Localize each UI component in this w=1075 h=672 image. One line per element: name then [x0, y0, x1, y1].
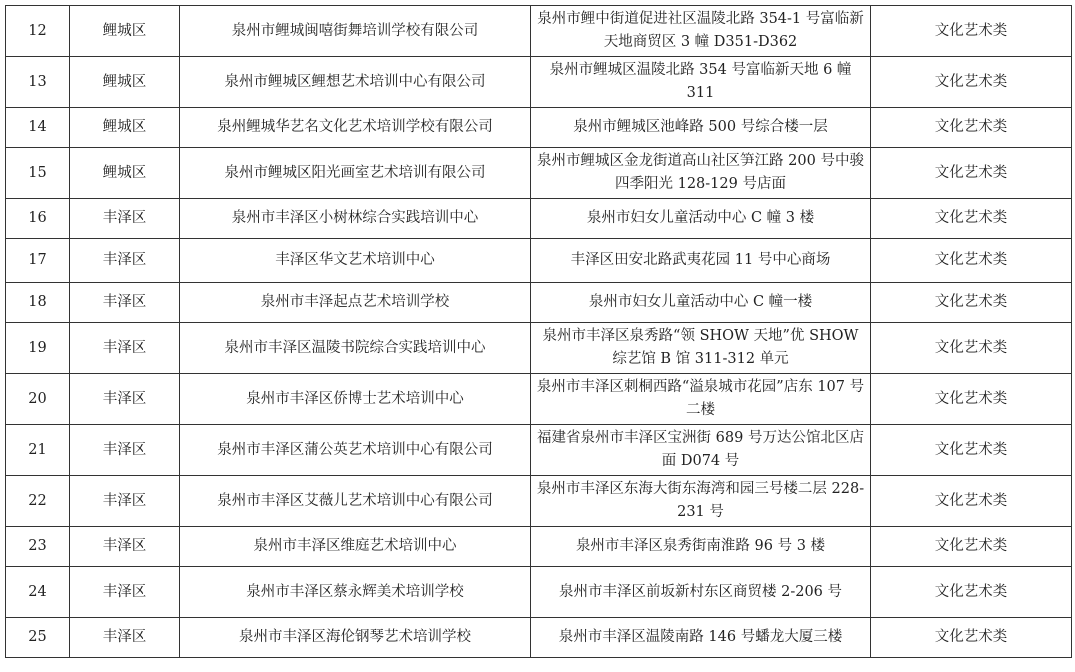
cell-address: 泉州市妇女儿童活动中心 C 幢一楼 [531, 283, 871, 323]
cell-address: 福建省泉州市丰泽区宝洲街 689 号万达公馆北区店面 D074 号 [531, 425, 871, 476]
cell-institution-name: 泉州市丰泽起点艺术培训学校 [180, 283, 531, 323]
cell-institution-name: 丰泽区华文艺术培训中心 [180, 239, 531, 283]
cell-category: 文化艺术类 [871, 283, 1072, 323]
cell-category: 文化艺术类 [871, 6, 1072, 57]
cell-category: 文化艺术类 [871, 527, 1072, 567]
table-row: 24 丰泽区 泉州市丰泽区蔡永辉美术培训学校 泉州市丰泽区前坂新村东区商贸楼 2… [6, 567, 1072, 618]
cell-institution-name: 泉州市鲤城闽嘻街舞培训学校有限公司 [180, 6, 531, 57]
cell-institution-name: 泉州市丰泽区艾薇儿艺术培训中心有限公司 [180, 476, 531, 527]
cell-address: 泉州市鲤城区温陵北路 354 号富临新天地 6 幢 311 [531, 57, 871, 108]
cell-district: 鲤城区 [70, 148, 180, 199]
cell-category: 文化艺术类 [871, 148, 1072, 199]
cell-number: 13 [6, 57, 70, 108]
cell-category: 文化艺术类 [871, 476, 1072, 527]
table-row: 17 丰泽区 丰泽区华文艺术培训中心 丰泽区田安北路武夷花园 11 号中心商场 … [6, 239, 1072, 283]
cell-institution-name: 泉州市丰泽区维庭艺术培训中心 [180, 527, 531, 567]
cell-institution-name: 泉州市丰泽区温陵书院综合实践培训中心 [180, 323, 531, 374]
cell-number: 15 [6, 148, 70, 199]
cell-institution-name: 泉州市鲤城区阳光画室艺术培训有限公司 [180, 148, 531, 199]
cell-address: 泉州市丰泽区泉秀路“领 SHOW 天地”优 SHOW 综艺馆 B 馆 311-3… [531, 323, 871, 374]
cell-address: 泉州市丰泽区前坂新村东区商贸楼 2-206 号 [531, 567, 871, 618]
cell-institution-name: 泉州市丰泽区蔡永辉美术培训学校 [180, 567, 531, 618]
cell-number: 25 [6, 618, 70, 658]
cell-address: 泉州市鲤中街道促进社区温陵北路 354-1 号富临新天地商贸区 3 幢 D351… [531, 6, 871, 57]
cell-district: 丰泽区 [70, 323, 180, 374]
cell-district: 鲤城区 [70, 6, 180, 57]
cell-number: 19 [6, 323, 70, 374]
cell-category: 文化艺术类 [871, 618, 1072, 658]
cell-address: 泉州市鲤城区金龙街道高山社区笋江路 200 号中骏四季阳光 128-129 号店… [531, 148, 871, 199]
cell-address: 泉州市丰泽区泉秀街南淮路 96 号 3 楼 [531, 527, 871, 567]
cell-number: 24 [6, 567, 70, 618]
table-row: 15 鲤城区 泉州市鲤城区阳光画室艺术培训有限公司 泉州市鲤城区金龙街道高山社区… [6, 148, 1072, 199]
cell-district: 丰泽区 [70, 199, 180, 239]
cell-institution-name: 泉州鲤城华艺名文化艺术培训学校有限公司 [180, 108, 531, 148]
cell-institution-name: 泉州市丰泽区侨博士艺术培训中心 [180, 374, 531, 425]
cell-district: 丰泽区 [70, 239, 180, 283]
cell-institution-name: 泉州市丰泽区蒲公英艺术培训中心有限公司 [180, 425, 531, 476]
cell-address: 丰泽区田安北路武夷花园 11 号中心商场 [531, 239, 871, 283]
cell-district: 鲤城区 [70, 57, 180, 108]
table-row: 18 丰泽区 泉州市丰泽起点艺术培训学校 泉州市妇女儿童活动中心 C 幢一楼 文… [6, 283, 1072, 323]
cell-number: 14 [6, 108, 70, 148]
table-row: 25 丰泽区 泉州市丰泽区海伦钢琴艺术培训学校 泉州市丰泽区温陵南路 146 号… [6, 618, 1072, 658]
table-row: 23 丰泽区 泉州市丰泽区维庭艺术培训中心 泉州市丰泽区泉秀街南淮路 96 号 … [6, 527, 1072, 567]
cell-category: 文化艺术类 [871, 57, 1072, 108]
institution-table: 12 鲤城区 泉州市鲤城闽嘻街舞培训学校有限公司 泉州市鲤中街道促进社区温陵北路… [5, 5, 1072, 658]
cell-district: 丰泽区 [70, 425, 180, 476]
cell-address: 泉州市丰泽区温陵南路 146 号蟠龙大厦三楼 [531, 618, 871, 658]
cell-district: 丰泽区 [70, 618, 180, 658]
cell-address: 泉州市丰泽区刺桐西路“溢泉城市花园”店东 107 号二楼 [531, 374, 871, 425]
table-row: 22 丰泽区 泉州市丰泽区艾薇儿艺术培训中心有限公司 泉州市丰泽区东海大街东海湾… [6, 476, 1072, 527]
cell-district: 丰泽区 [70, 374, 180, 425]
cell-number: 17 [6, 239, 70, 283]
cell-category: 文化艺术类 [871, 567, 1072, 618]
cell-category: 文化艺术类 [871, 323, 1072, 374]
cell-address: 泉州市丰泽区东海大街东海湾和园三号楼二层 228-231 号 [531, 476, 871, 527]
cell-district: 丰泽区 [70, 283, 180, 323]
table-body: 12 鲤城区 泉州市鲤城闽嘻街舞培训学校有限公司 泉州市鲤中街道促进社区温陵北路… [6, 6, 1072, 658]
table-row: 20 丰泽区 泉州市丰泽区侨博士艺术培训中心 泉州市丰泽区刺桐西路“溢泉城市花园… [6, 374, 1072, 425]
table-row: 16 丰泽区 泉州市丰泽区小树林综合实践培训中心 泉州市妇女儿童活动中心 C 幢… [6, 199, 1072, 239]
cell-category: 文化艺术类 [871, 108, 1072, 148]
cell-district: 鲤城区 [70, 108, 180, 148]
cell-number: 21 [6, 425, 70, 476]
cell-category: 文化艺术类 [871, 239, 1072, 283]
cell-number: 20 [6, 374, 70, 425]
table-row: 14 鲤城区 泉州鲤城华艺名文化艺术培训学校有限公司 泉州市鲤城区池峰路 500… [6, 108, 1072, 148]
cell-district: 丰泽区 [70, 567, 180, 618]
cell-category: 文化艺术类 [871, 374, 1072, 425]
table-row: 19 丰泽区 泉州市丰泽区温陵书院综合实践培训中心 泉州市丰泽区泉秀路“领 SH… [6, 323, 1072, 374]
cell-number: 18 [6, 283, 70, 323]
table-row: 21 丰泽区 泉州市丰泽区蒲公英艺术培训中心有限公司 福建省泉州市丰泽区宝洲街 … [6, 425, 1072, 476]
table-row: 12 鲤城区 泉州市鲤城闽嘻街舞培训学校有限公司 泉州市鲤中街道促进社区温陵北路… [6, 6, 1072, 57]
cell-institution-name: 泉州市鲤城区鲤想艺术培训中心有限公司 [180, 57, 531, 108]
cell-category: 文化艺术类 [871, 425, 1072, 476]
cell-district: 丰泽区 [70, 476, 180, 527]
table-row: 13 鲤城区 泉州市鲤城区鲤想艺术培训中心有限公司 泉州市鲤城区温陵北路 354… [6, 57, 1072, 108]
cell-institution-name: 泉州市丰泽区小树林综合实践培训中心 [180, 199, 531, 239]
cell-number: 16 [6, 199, 70, 239]
cell-number: 23 [6, 527, 70, 567]
cell-category: 文化艺术类 [871, 199, 1072, 239]
cell-address: 泉州市妇女儿童活动中心 C 幢 3 楼 [531, 199, 871, 239]
cell-address: 泉州市鲤城区池峰路 500 号综合楼一层 [531, 108, 871, 148]
cell-number: 12 [6, 6, 70, 57]
cell-district: 丰泽区 [70, 527, 180, 567]
cell-institution-name: 泉州市丰泽区海伦钢琴艺术培训学校 [180, 618, 531, 658]
cell-number: 22 [6, 476, 70, 527]
